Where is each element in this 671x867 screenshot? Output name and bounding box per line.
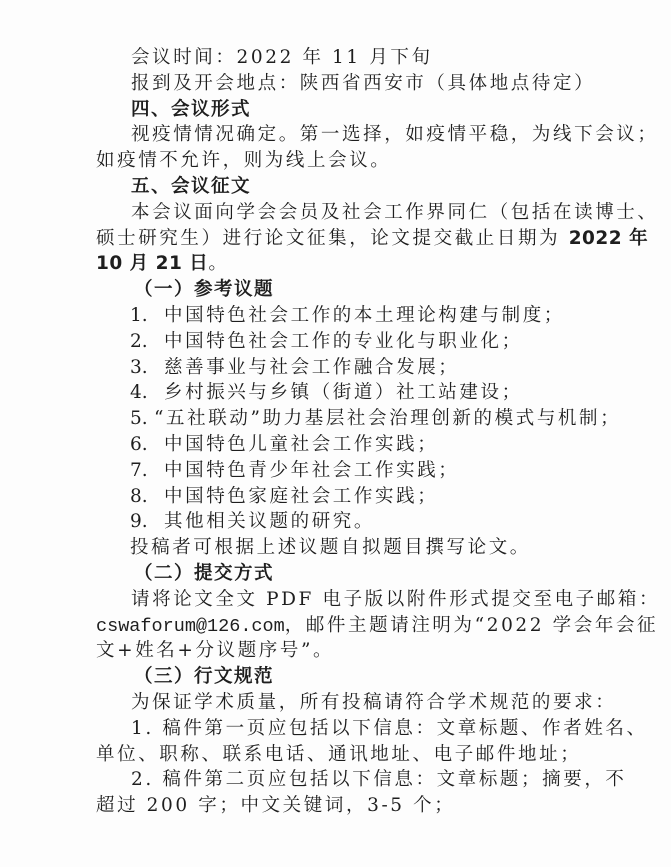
topic-number: 8.: [130, 484, 164, 510]
format-paragraph-line1: 视疫情情况确定。第一选择，如疫情平稳，为线下会议；: [96, 122, 588, 148]
topic-number: 7.: [130, 458, 164, 484]
topic-text: 慈善事业与社会工作融合发展；: [164, 357, 459, 378]
format-rule-2-line1: 2. 稿件第二页应包括以下信息：文章标题；摘要，不: [96, 767, 588, 793]
format-paragraph-line2: 如疫情不允许，则为线上会议。: [96, 148, 588, 174]
topic-number: 2.: [130, 329, 164, 355]
topics-note: 投稿者可根据上述议题自拟题目撰写论文。: [96, 535, 588, 561]
submission-line1: 请将论文全文 PDF 电子版以附件形式提交至电子邮箱：: [96, 587, 588, 613]
topic-number: 6.: [130, 432, 164, 458]
submission-line3: 文+姓名+分议题序号”。: [96, 638, 588, 664]
submission-line2: cswaforum@126.com，邮件主题请注明为“2022 学会年会征: [96, 613, 588, 639]
section-heading-papers: 五、会议征文: [96, 174, 588, 200]
topic-number: 5.: [130, 406, 154, 432]
topic-number: 1.: [130, 303, 164, 329]
topic-item: 8.中国特色家庭社会工作实践；: [96, 484, 588, 510]
topic-text: 中国特色青少年社会工作实践；: [164, 460, 459, 481]
topic-number: 3.: [130, 355, 164, 381]
topic-text: “五社联动”助力基层社会治理创新的模式与机制；: [154, 408, 621, 429]
document-body: 会议时间：2022 年 11 月下旬 报到及开会地点：陕西省西安市（具体地点待定…: [96, 45, 588, 819]
subsection-heading-topics: （一）参考议题: [96, 277, 588, 303]
topic-number: 4.: [130, 380, 164, 406]
topic-item: 4.乡村振兴与乡镇（街道）社工站建设；: [96, 380, 588, 406]
topic-text: 中国特色儿童社会工作实践；: [164, 434, 438, 455]
topic-number: 9.: [130, 509, 164, 535]
topic-text: 中国特色社会工作的专业化与职业化；: [164, 331, 523, 352]
topic-item: 9.其他相关议题的研究。: [96, 509, 588, 535]
deadline-date: 10 月 21 日: [96, 253, 208, 274]
submission-subject: ，邮件主题请注明为“2022 学会年会征: [285, 615, 658, 636]
topic-text: 中国特色社会工作的本土理论构建与制度；: [164, 305, 565, 326]
format-rule-2-line2: 超过 200 字；中文关键词，3-5 个；: [96, 793, 588, 819]
submission-email[interactable]: cswaforum@126.com: [96, 616, 285, 637]
papers-intro-line3: 10 月 21 日。: [96, 251, 588, 277]
format-rule-1-line2: 单位、职称、联系电话、通讯地址、电子邮件地址；: [96, 742, 588, 768]
meeting-time: 会议时间：2022 年 11 月下旬: [96, 45, 588, 71]
topic-item: 7.中国特色青少年社会工作实践；: [96, 458, 588, 484]
papers-intro-line2: 硕士研究生）进行论文征集，论文提交截止日期为 2022 年: [96, 226, 588, 252]
format-rules-intro: 为保证学术质量，所有投稿请符合学术规范的要求：: [96, 690, 588, 716]
topic-text: 乡村振兴与乡镇（街道）社工站建设；: [164, 382, 523, 403]
topic-text: 中国特色家庭社会工作实践；: [164, 486, 438, 507]
topic-item: 2.中国特色社会工作的专业化与职业化；: [96, 329, 588, 355]
topic-item: 6.中国特色儿童社会工作实践；: [96, 432, 588, 458]
meeting-location: 报到及开会地点：陕西省西安市（具体地点待定）: [96, 71, 588, 97]
subsection-heading-format-rules: （三）行文规范: [96, 664, 588, 690]
topic-text: 其他相关议题的研究。: [164, 511, 375, 532]
deadline-period: 。: [208, 253, 229, 274]
topic-item: 5.“五社联动”助力基层社会治理创新的模式与机制；: [96, 406, 588, 432]
papers-intro-line1: 本会议面向学会会员及社会工作界同仁（包括在读博士、: [96, 200, 588, 226]
topic-item: 3.慈善事业与社会工作融合发展；: [96, 355, 588, 381]
subsection-heading-submission: （二）提交方式: [96, 561, 588, 587]
format-rule-1-line1: 1. 稿件第一页应包括以下信息：文章标题、作者姓名、: [96, 716, 588, 742]
topic-item: 1.中国特色社会工作的本土理论构建与制度；: [96, 303, 588, 329]
deadline-year: 2022 年: [569, 228, 648, 249]
section-heading-format: 四、会议形式: [96, 97, 588, 123]
document-page: 会议时间：2022 年 11 月下旬 报到及开会地点：陕西省西安市（具体地点待定…: [0, 0, 671, 867]
papers-intro-text: 硕士研究生）进行论文征集，论文提交截止日期为: [96, 228, 569, 249]
